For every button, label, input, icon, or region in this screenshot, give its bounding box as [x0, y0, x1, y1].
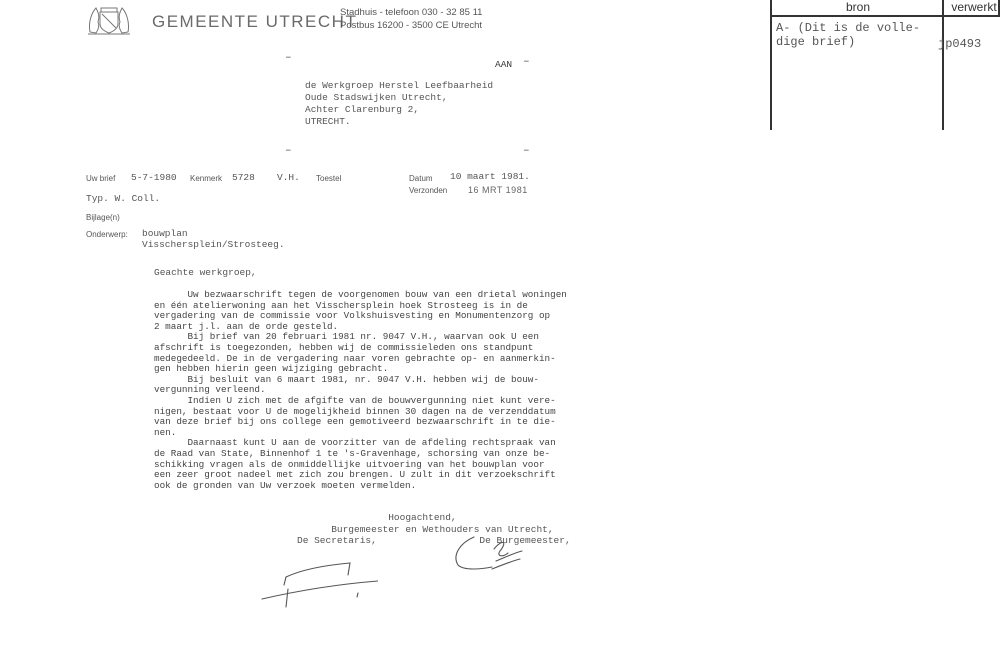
table-border [770, 0, 772, 130]
coat-of-arms-icon [86, 2, 132, 36]
burgemeester-signature-icon [452, 535, 532, 585]
onderwerp-value: bouwplan Visschersplein/Strosteeg. [142, 228, 285, 250]
kenmerk-value: 5728 [232, 172, 255, 183]
bijlagen-label: Bijlage(n) [86, 213, 120, 222]
verzonden-stamp: 16 MRT 1981 [468, 185, 528, 195]
uw-brief-value: 5-7-1980 [131, 172, 177, 183]
organization-name: GEMEENTE UTRECHT [152, 12, 357, 32]
contact-phone: Stadhuis - telefoon 030 - 32 85 11 [340, 6, 482, 19]
recipient-label: AAN [495, 59, 512, 70]
address-marker: – [285, 145, 292, 157]
column-header-verwerkt: verwerkt [944, 0, 1000, 16]
datum-value: 10 maart 1981. [450, 171, 530, 182]
archive-table: bron verwerkt A- (Dit is de volle- dige … [770, 0, 1000, 130]
toestel-label: Toestel [316, 174, 341, 183]
typist: Typ. W. Coll. [86, 193, 160, 204]
address-marker: – [523, 145, 530, 157]
verzonden-label: Verzonden [409, 186, 447, 195]
kenmerk-suffix: V.H. [277, 172, 300, 183]
onderwerp-label: Onderwerp: [86, 230, 128, 239]
letter-body: Uw bezwaarschrift tegen de voorgenomen b… [154, 290, 567, 491]
datum-label: Datum [409, 174, 433, 183]
uw-brief-label: Uw brief [86, 174, 115, 183]
secretaris-signature-icon [258, 555, 378, 610]
verwerkt-cell: jp0493 [938, 37, 981, 51]
address-marker: – [285, 52, 292, 64]
contact-info: Stadhuis - telefoon 030 - 32 85 11 Postb… [340, 6, 482, 32]
address-marker: – [523, 56, 530, 68]
table-column-divider [942, 0, 944, 130]
kenmerk-label: Kenmerk [190, 174, 222, 183]
bron-cell: A- (Dit is de volle- dige brief) [776, 21, 936, 49]
contact-address: Postbus 16200 - 3500 CE Utrecht [340, 19, 482, 32]
column-header-bron: bron [772, 0, 944, 16]
greeting: Geachte werkgroep, [154, 267, 257, 278]
recipient-address: de Werkgroep Herstel Leefbaarheid Oude S… [305, 80, 493, 128]
